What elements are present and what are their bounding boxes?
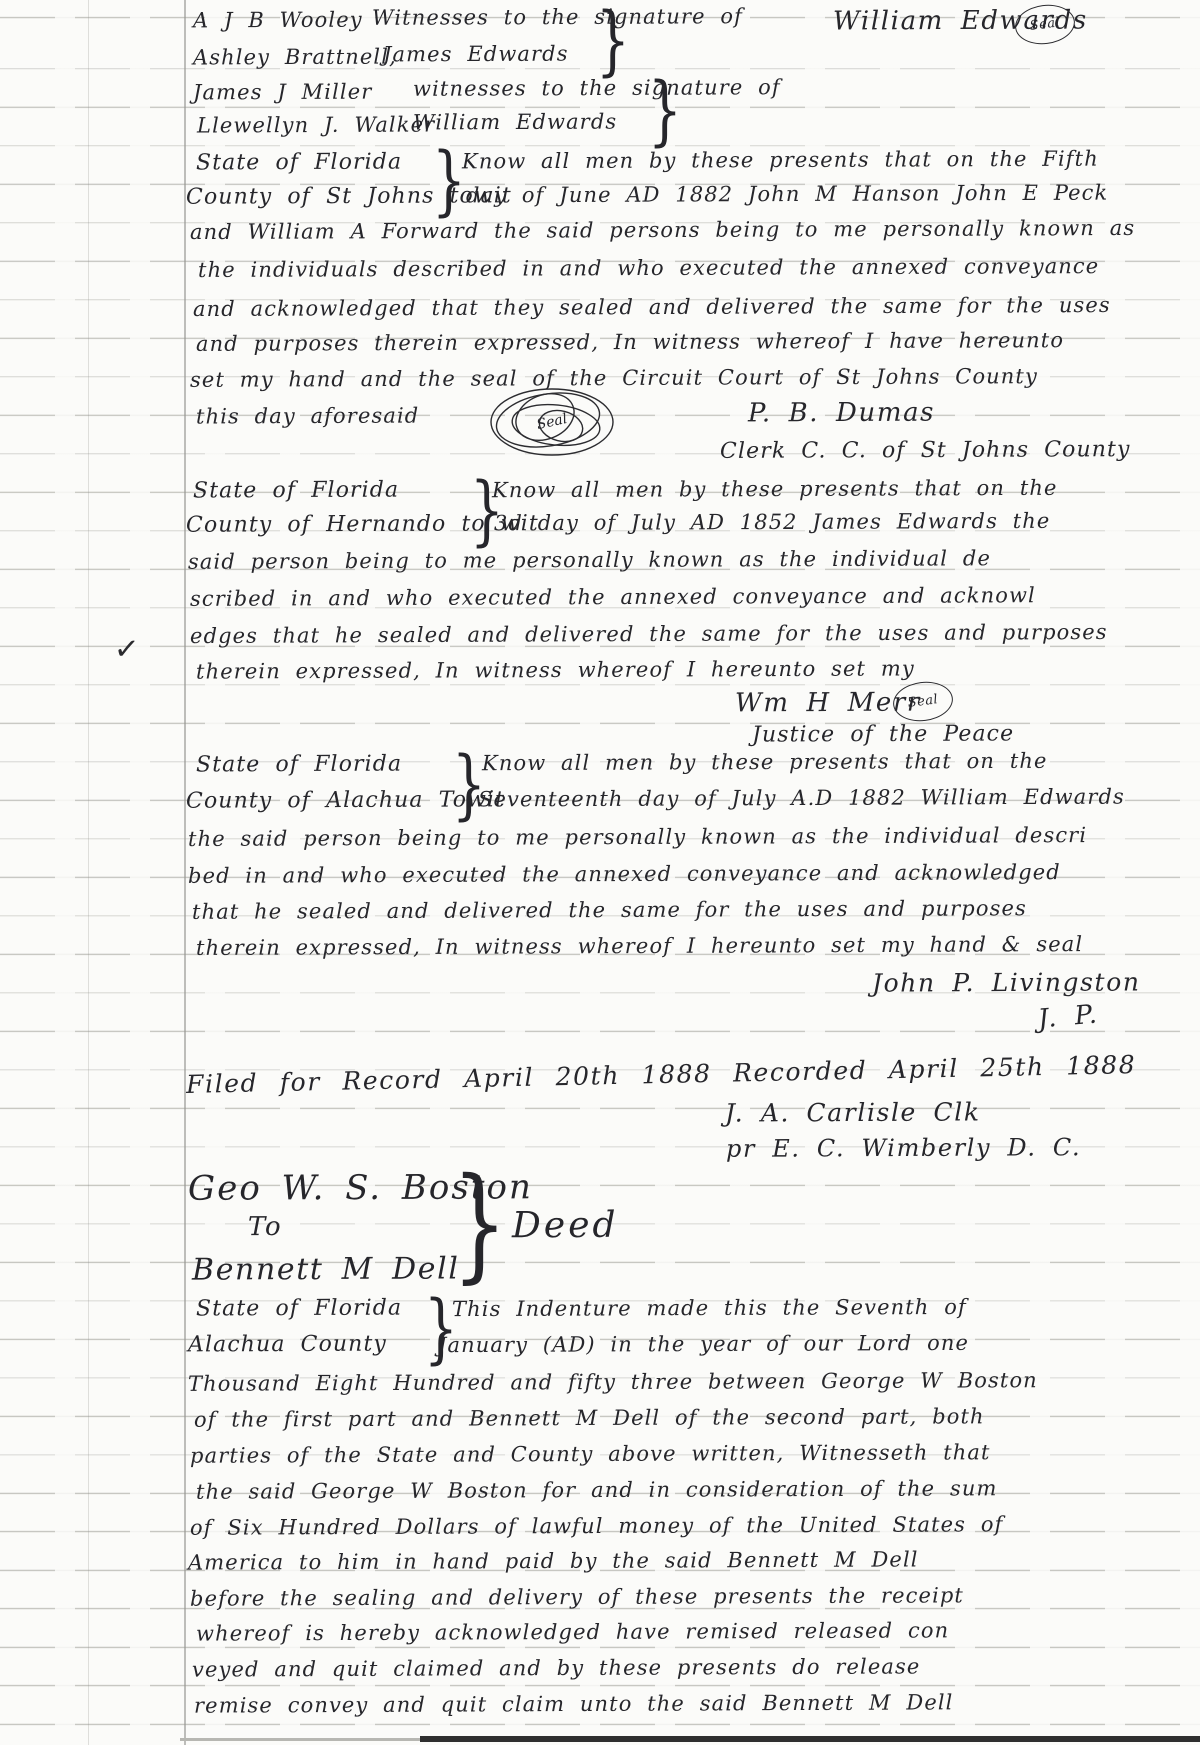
signer-title: Clerk C. C. of St Johns County xyxy=(720,437,1131,464)
handwritten-line: Know all men by these presents that on t… xyxy=(462,147,1099,174)
grantee-name: Bennett M Dell xyxy=(192,1251,460,1287)
margin-rule-outer xyxy=(88,0,89,1745)
handwritten-line: said person being to me personally known… xyxy=(188,546,991,574)
scan-edge-artifact xyxy=(420,1736,1200,1742)
handwritten-line: and acknowledged that they sealed and de… xyxy=(193,293,1111,321)
handwritten-line: Know all men by these presents that on t… xyxy=(482,749,1048,775)
witness-caption: James Edwards xyxy=(383,42,569,67)
signature-pb-dumas: P. B. Dumas xyxy=(748,398,935,429)
filing-record-line: Filed for Record April 20th 1888 Recorde… xyxy=(186,1050,1137,1099)
handwritten-line: the said person being to me personally k… xyxy=(188,823,1087,851)
seal-label: Seal xyxy=(907,692,939,711)
signer-initials: J. P. xyxy=(1037,999,1100,1034)
handwritten-line: before the sealing and delivery of these… xyxy=(190,1583,964,1610)
to-label: To xyxy=(248,1212,282,1242)
handwritten-line: that he sealed and delivered the same fo… xyxy=(192,896,1027,924)
brace-glyph: } xyxy=(648,72,682,148)
handwritten-line: Thousand Eight Hundred and fifty three b… xyxy=(188,1368,1038,1396)
handwritten-line: bed in and who executed the annexed conv… xyxy=(188,860,1061,888)
handwritten-line: edges that he sealed and delivered the s… xyxy=(190,620,1108,648)
handwritten-line: remise convey and quit claim unto the sa… xyxy=(194,1690,954,1717)
signature-clerk: J. A. Carlisle Clk xyxy=(725,1097,981,1127)
margin-rule xyxy=(184,0,186,1745)
venue-state: State of Florida xyxy=(196,1296,402,1322)
handwritten-line: day of June AD 1882 John M Hanson John E… xyxy=(466,181,1108,208)
signature-deputy-clerk: pr E. C. Wimberly D. C. xyxy=(726,1133,1081,1163)
witness-name: A J B Wooley xyxy=(193,8,363,33)
handwritten-line: parties of the State and County above wr… xyxy=(190,1440,991,1467)
brace-glyph: } xyxy=(596,2,630,78)
witness-name: James J Miller xyxy=(193,80,372,105)
handwritten-line: America to him in hand paid by the said … xyxy=(188,1547,919,1574)
handwritten-line: the individuals described in and who exe… xyxy=(198,254,1099,282)
witness-caption: witnesses to the signature of xyxy=(413,75,781,101)
witness-caption: Witnesses to the signature of xyxy=(372,4,743,30)
witness-caption: William Edwards xyxy=(413,110,617,135)
document-page: A J B Wooley Witnesses to the signature … xyxy=(0,0,1200,1745)
handwritten-line: Seventeenth day of July A.D 1882 William… xyxy=(478,785,1125,812)
seal-label: Seal xyxy=(1029,15,1061,34)
signature-john-p-livingston: John P. Livingston xyxy=(872,967,1141,997)
handwritten-line: and William A Forward the said persons b… xyxy=(190,216,1135,244)
handwritten-line: of Six Hundred Dollars of lawful money o… xyxy=(190,1512,1004,1540)
venue-state: State of Florida xyxy=(196,150,402,176)
handwritten-line: veyed and quit claimed and by these pres… xyxy=(192,1654,920,1681)
handwritten-line: January (AD) in the year of our Lord one xyxy=(438,1331,969,1357)
court-seal-stamp: Seal xyxy=(487,386,617,458)
brace-glyph: } xyxy=(452,1162,507,1286)
handwritten-line: this day aforesaid xyxy=(196,404,419,429)
handwritten-line: therein expressed, In witness whereof I … xyxy=(196,932,1083,960)
brace-glyph: } xyxy=(432,142,466,218)
handwritten-line: This Indenture made this the Seventh of xyxy=(452,1295,967,1321)
signer-title: Justice of the Peace xyxy=(752,721,1014,747)
handwritten-line: 3d day of July AD 1852 James Edwards the xyxy=(494,509,1051,535)
handwritten-line: scribed in and who executed the annexed … xyxy=(190,583,1036,611)
document-type-label: Deed xyxy=(512,1205,619,1246)
venue-state: State of Florida xyxy=(196,752,402,778)
handwritten-line: the said George W Boston for and in cons… xyxy=(196,1476,998,1503)
scan-edge-artifact xyxy=(180,1738,425,1741)
venue-state: State of Florida xyxy=(193,478,399,504)
handwritten-line: and purposes therein expressed, In witne… xyxy=(196,328,1064,356)
margin-check-mark: ✓ xyxy=(113,631,141,668)
handwritten-line: of the first part and Bennett M Dell of … xyxy=(194,1404,985,1431)
witness-name: Llewellyn J. Walker xyxy=(197,112,435,137)
venue-county: Alachua County xyxy=(188,1332,387,1358)
handwritten-line: therein expressed, In witness whereof I … xyxy=(196,656,915,683)
handwritten-line: Know all men by these presents that on t… xyxy=(492,476,1058,502)
handwritten-line: whereof is hereby acknowledged have remi… xyxy=(196,1618,949,1645)
witness-name: Ashley Brattnell, xyxy=(193,45,397,70)
